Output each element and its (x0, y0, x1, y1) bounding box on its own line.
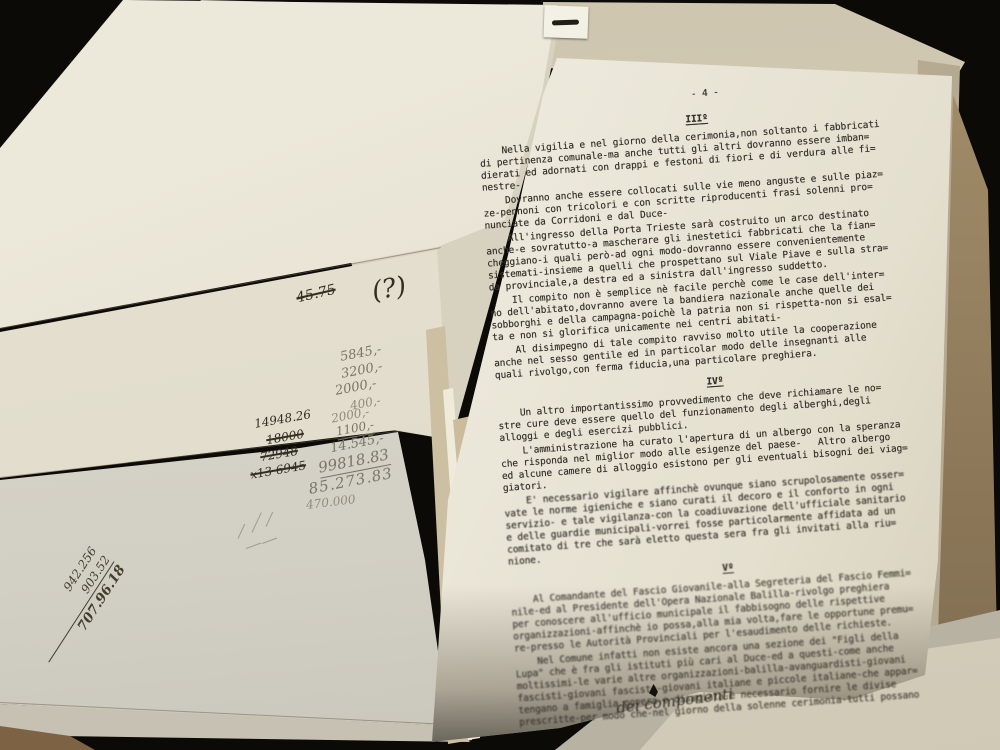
photo-of-document-stack: - 4 - IIIº Nella vigilia e nel giorno de… (0, 0, 1000, 750)
staple-mark (552, 20, 579, 26)
typed-page-text: - 4 - IIIº Nella vigilia e nel giorno de… (476, 73, 957, 731)
question-mark-note: (?) (370, 271, 409, 306)
paper-tab (543, 5, 588, 39)
